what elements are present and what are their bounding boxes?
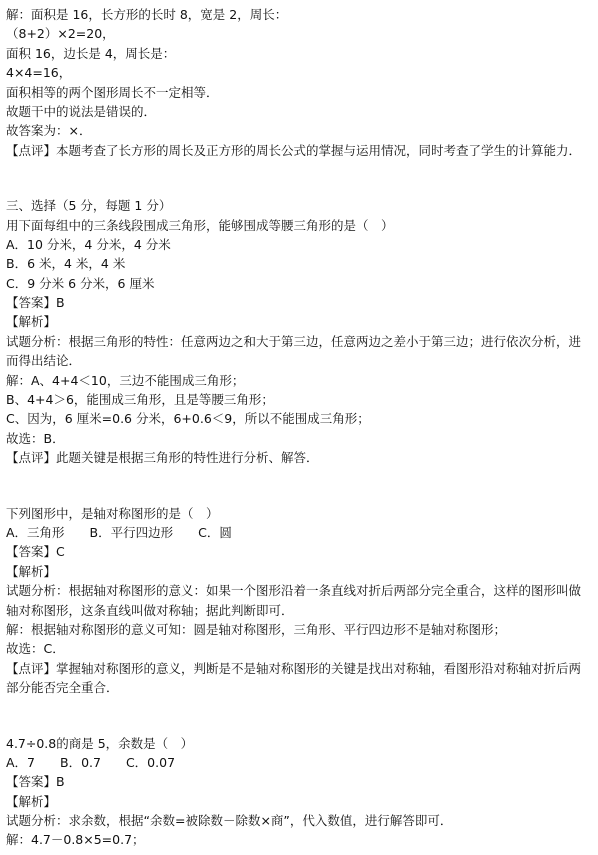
comment-line: 【点评】此题关键是根据三角形的特性进行分析、解答．	[6, 448, 594, 467]
answer-tag: 【答案】	[6, 544, 56, 559]
comment-text: 此题关键是根据三角形的特性进行分析、解答．	[56, 450, 319, 465]
question-3-block: 4.7÷0.8的商是 5，余数是（ ） A．7 B．0.7 C．0.07 【答案…	[6, 734, 594, 850]
analysis-tag: 【解析】	[6, 312, 594, 331]
analysis-text: 试题分析：根据三角形的特性：任意两边之和大于第三边，任意两边之差小于第三边；进行…	[6, 332, 594, 351]
solution-line: 解：A、4+4＜10，三边不能围成三角形；	[6, 371, 594, 390]
final-answer-line: 故选：C．	[6, 639, 594, 658]
option-a: A．10 分米，4 分米，4 分米	[6, 235, 594, 254]
answer-tag: 【答案】	[6, 774, 56, 789]
comment-line: 【点评】掌握轴对称图形的意义，判断是不是轴对称图形的关键是找出对称轴，看图形沿对…	[6, 659, 594, 678]
answer-line: 【答案】C	[6, 542, 594, 561]
analysis-text: 轴对称图形，这条直线叫做对称轴；据此判断即可．	[6, 601, 594, 620]
answer-line: 【答案】B	[6, 293, 594, 312]
analysis-tag: 【解析】	[6, 562, 594, 581]
question-text: 下列图形中，是轴对称图形的是（ ）	[6, 504, 594, 523]
solution-line: C、因为，6 厘米=0.6 分米，6+0.6＜9，所以不能围成三角形；	[6, 409, 594, 428]
answer-value: C	[56, 544, 65, 559]
option-c: C．9 分米 6 分米，6 厘米	[6, 274, 594, 293]
analysis-tag: 【解析】	[6, 792, 594, 811]
solution-line: 解：根据轴对称图形的意义可知：圆是轴对称图形，三角形、平行四边形不是轴对称图形；	[6, 620, 594, 639]
solution-line: 故题干中的说法是错误的．	[6, 102, 594, 121]
solution-line: 4×4=16，	[6, 63, 594, 82]
answer-line: 【答案】B	[6, 772, 594, 791]
solution-line: 解：4.7－0.8×5=0.7；	[6, 830, 594, 849]
comment-text: 本题考查了长方形的周长及正方形的周长公式的掌握与运用情况，同时考查了学生的计算能…	[56, 143, 581, 158]
question-1-block: 用下面每组中的三条线段围成三角形，能够围成等腰三角形的是（ ） A．10 分米，…	[6, 216, 594, 468]
solution-line: 解：面积是 16，长方形的长时 8，宽是 2，周长：	[6, 5, 594, 24]
question-text: 4.7÷0.8的商是 5，余数是（ ）	[6, 734, 594, 753]
solution-line: 面积 16，边长是 4，周长是：	[6, 44, 594, 63]
analysis-text: 试题分析：求余数，根据“余数=被除数－除数×商”，代入数值，进行解答即可．	[6, 811, 594, 830]
solution-line: 面积相等的两个图形周长不一定相等．	[6, 83, 594, 102]
analysis-text: 而得出结论．	[6, 351, 594, 370]
answer-tag: 【答案】	[6, 295, 56, 310]
final-answer-line: 故选：B．	[6, 429, 594, 448]
options-line: A．三角形 B．平行四边形 C．圆	[6, 523, 594, 542]
comment-line: 【点评】本题考查了长方形的周长及正方形的周长公式的掌握与运用情况，同时考查了学生…	[6, 141, 594, 160]
solution-line: （8+2）×2=20，	[6, 24, 594, 43]
comment-text: 掌握轴对称图形的意义，判断是不是轴对称图形的关键是找出对称轴，看图形沿对称轴对折…	[56, 661, 581, 676]
spacer	[6, 468, 594, 504]
spacer	[6, 160, 594, 196]
option-b: B．6 米，4 米，4 米	[6, 254, 594, 273]
comment-tag: 【点评】	[6, 143, 56, 158]
previous-solution-block: 解：面积是 16，长方形的长时 8，宽是 2，周长： （8+2）×2=20， 面…	[6, 5, 594, 160]
solution-line: B、4+4＞6，能围成三角形，且是等腰三角形；	[6, 390, 594, 409]
analysis-text: 试题分析：根据轴对称图形的意义：如果一个图形沿着一条直线对折后两部分完全重合，这…	[6, 581, 594, 600]
question-2-block: 下列图形中，是轴对称图形的是（ ） A．三角形 B．平行四边形 C．圆 【答案】…	[6, 504, 594, 698]
comment-text-continued: 部分能否完全重合．	[6, 678, 594, 697]
question-text: 用下面每组中的三条线段围成三角形，能够围成等腰三角形的是（ ）	[6, 216, 594, 235]
comment-tag: 【点评】	[6, 661, 56, 676]
answer-value: B	[56, 774, 65, 789]
answer-value: B	[56, 295, 65, 310]
options-line: A．7 B．0.7 C．0.07	[6, 753, 594, 772]
document-page: 解：面积是 16，长方形的长时 8，宽是 2，周长： （8+2）×2=20， 面…	[6, 5, 594, 850]
section-heading: 三、选择（5 分，每题 1 分）	[6, 196, 594, 215]
spacer	[6, 698, 594, 734]
comment-tag: 【点评】	[6, 450, 56, 465]
final-answer-line: 故答案为：×．	[6, 121, 594, 140]
